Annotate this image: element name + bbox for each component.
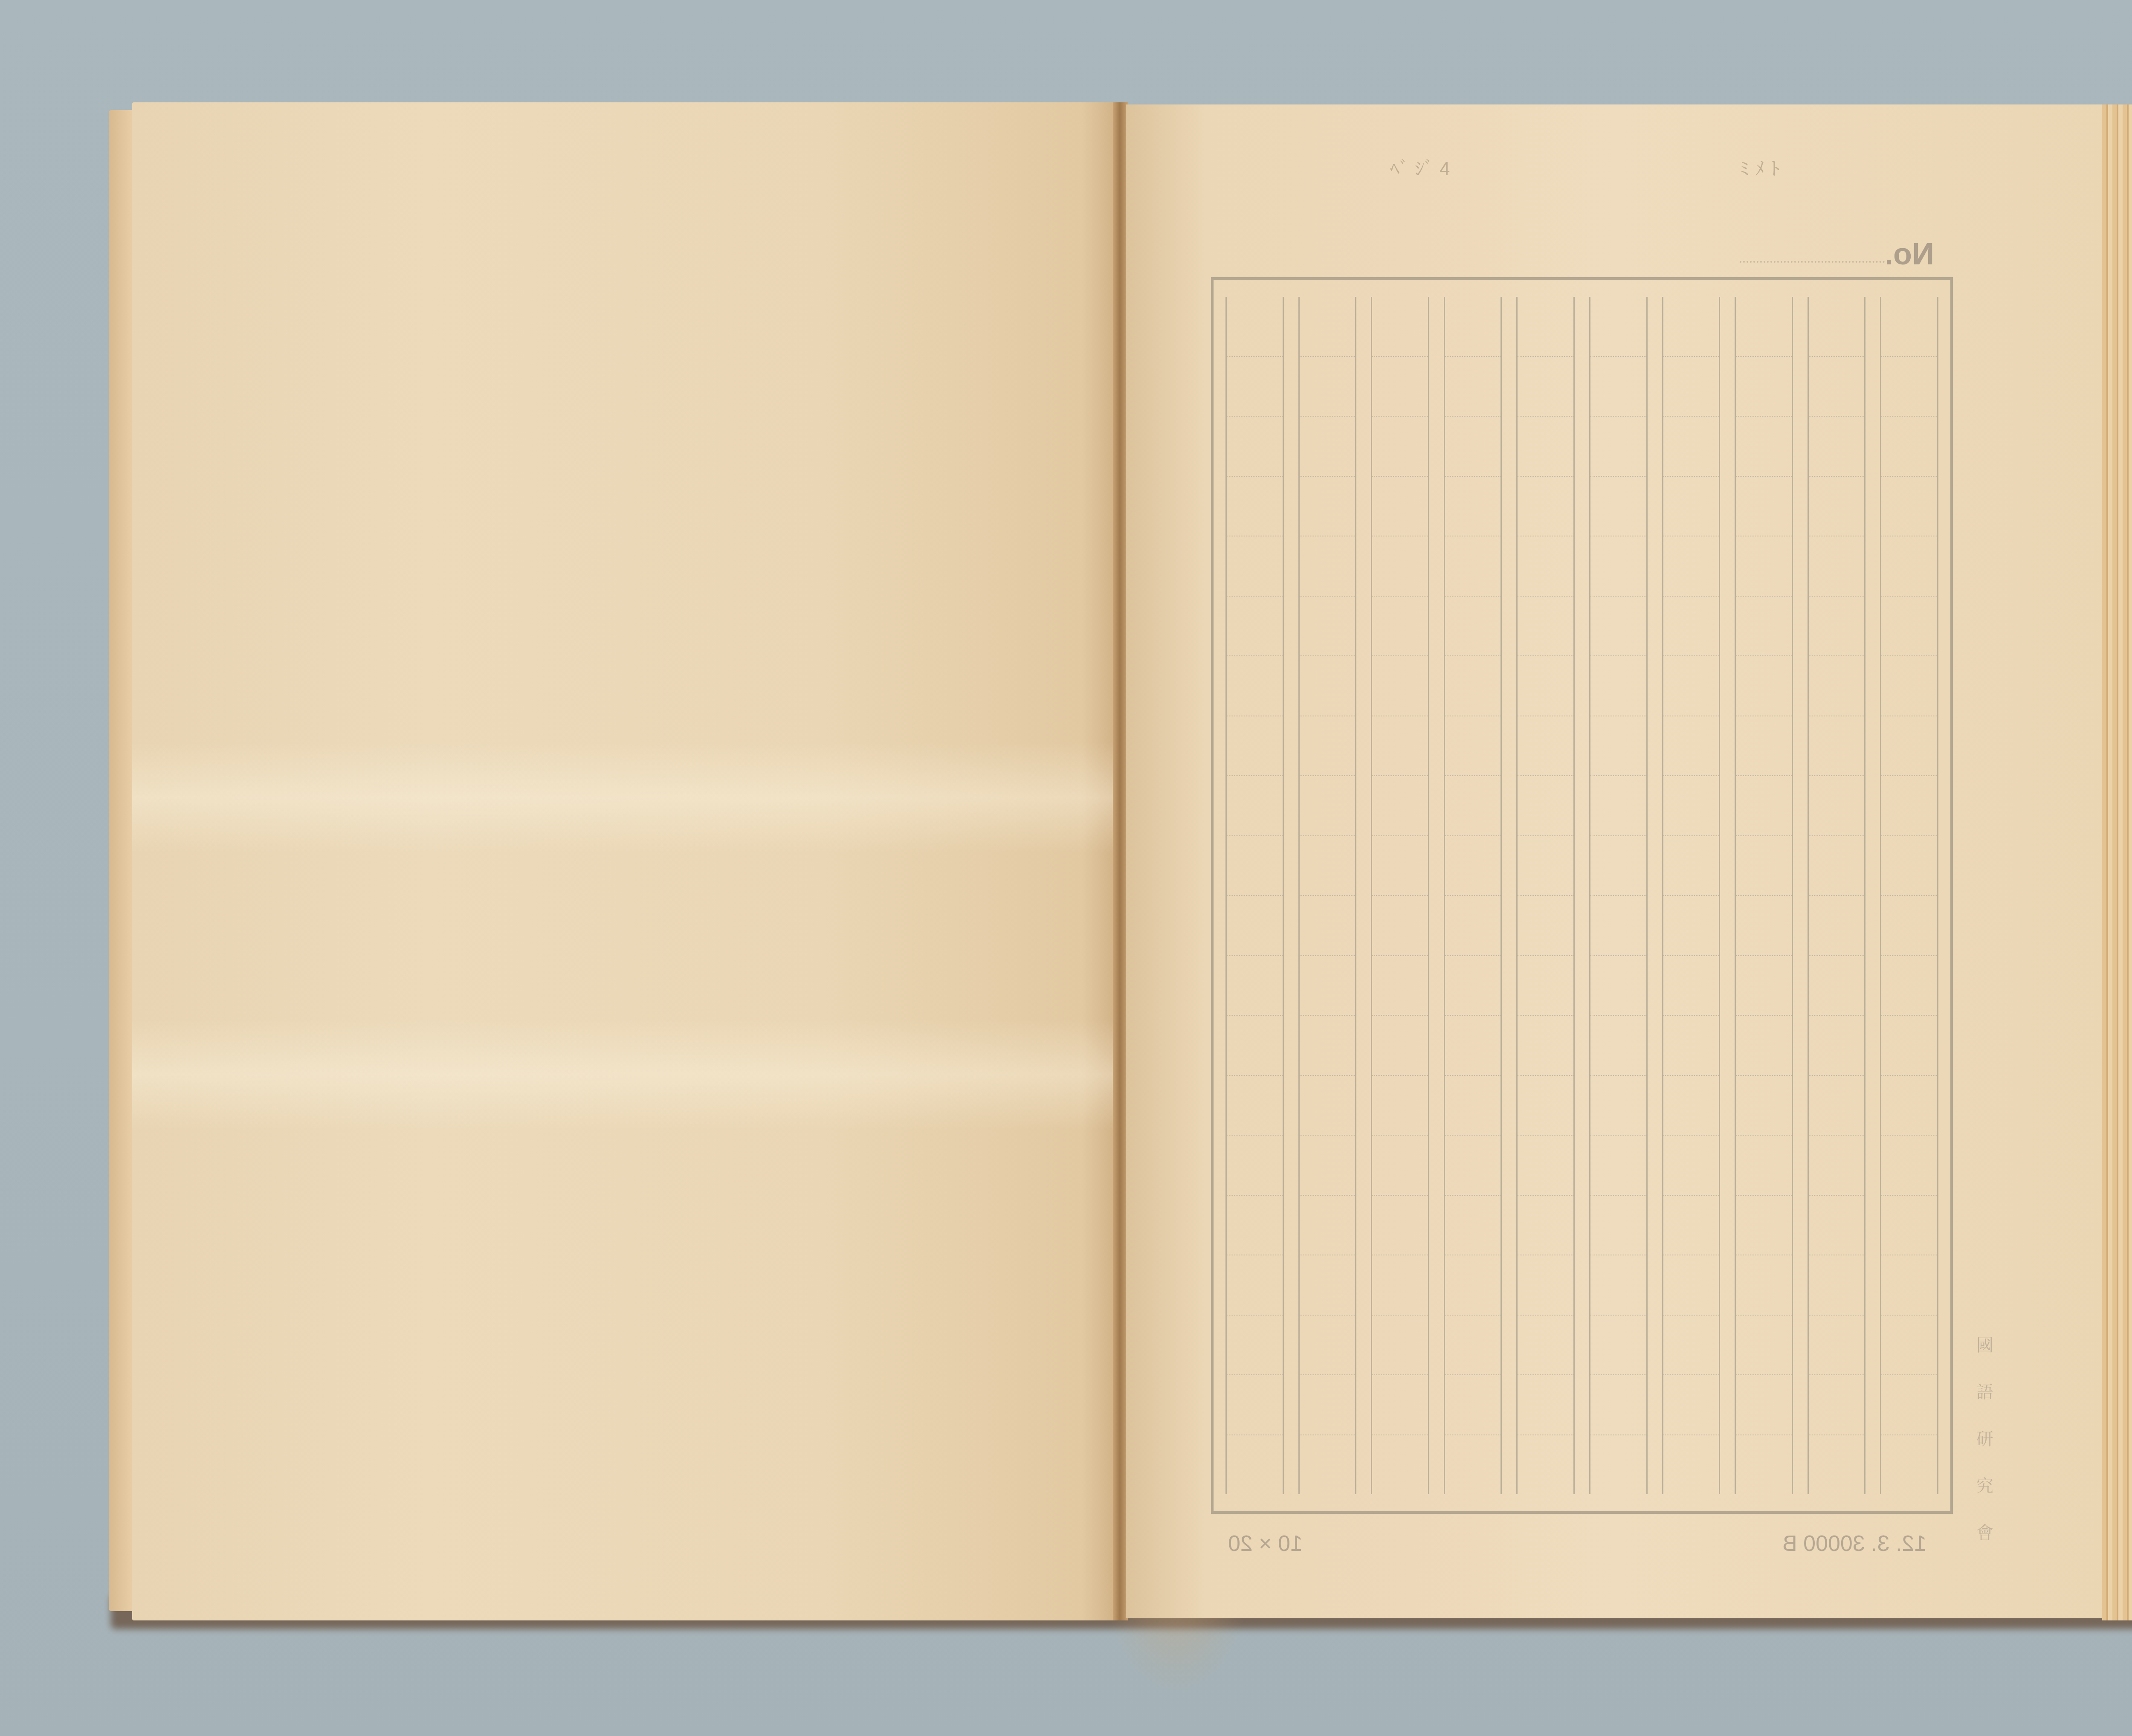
grid-cell [1300, 1016, 1356, 1076]
grid-cell [1518, 716, 1573, 777]
grid-cell [1518, 536, 1573, 597]
grid-cell [1809, 1375, 1865, 1435]
grid-column [1808, 297, 1866, 1494]
grid-cell [1736, 716, 1792, 777]
grid-cell [1809, 836, 1865, 896]
grid-cell [1518, 597, 1573, 657]
grid-cell [1736, 656, 1792, 716]
grid-cell [1663, 1435, 1719, 1495]
grid-cell [1663, 1255, 1719, 1316]
grid-cell [1809, 896, 1865, 956]
grid-cell [1663, 836, 1719, 896]
grid-cell [1518, 357, 1573, 417]
grid-cell [1518, 1316, 1573, 1376]
grid-cell [1663, 1076, 1719, 1136]
grid-column [1371, 297, 1429, 1494]
grid-cell [1227, 357, 1283, 417]
grid-cell [1881, 1255, 1937, 1316]
grid-cell [1300, 297, 1356, 357]
grid-cell [1881, 956, 1937, 1016]
grid-cell [1518, 896, 1573, 956]
side-char: 會 [1974, 1510, 1996, 1556]
grid-cell [1372, 1435, 1428, 1495]
grid-cell [1663, 1136, 1719, 1196]
grid-column [1589, 297, 1648, 1494]
grid-cell [1809, 1255, 1865, 1316]
grid-cell [1518, 1196, 1573, 1256]
grid-cell [1736, 1316, 1792, 1376]
grid-cell [1227, 1255, 1283, 1316]
grid-cell [1736, 597, 1792, 657]
grid-cell [1227, 1136, 1283, 1196]
grid-cell [1227, 1316, 1283, 1376]
grid-cell [1372, 956, 1428, 1016]
grid-cell [1445, 297, 1501, 357]
print-code-label: 12. 3. 30000 B [1782, 1531, 1926, 1556]
grid-cell [1300, 1375, 1356, 1435]
grid-cell [1881, 656, 1937, 716]
grid-cell [1590, 656, 1646, 716]
grid-cell [1227, 896, 1283, 956]
grid-cell [1300, 417, 1356, 477]
grid-cell [1590, 477, 1646, 537]
grid-cell [1736, 1435, 1792, 1495]
grid-cell [1663, 776, 1719, 836]
grid-cell [1372, 357, 1428, 417]
grid-cell [1590, 536, 1646, 597]
grid-cell [1663, 297, 1719, 357]
grid-column [1662, 297, 1721, 1494]
number-label: No. [1885, 237, 1934, 272]
grid-cell [1590, 956, 1646, 1016]
grid-cell [1227, 477, 1283, 537]
grid-cell [1663, 357, 1719, 417]
grid-cell [1809, 1136, 1865, 1196]
grid-cell [1809, 1435, 1865, 1495]
grid-cell [1809, 477, 1865, 537]
grid-cell [1445, 656, 1501, 716]
grid-cell [1881, 597, 1937, 657]
grid-cell [1590, 597, 1646, 657]
grid-cell [1663, 597, 1719, 657]
grid-cell [1300, 1136, 1356, 1196]
grid-cell [1881, 357, 1937, 417]
left-cover-edge [109, 110, 134, 1611]
grid-cell [1736, 1255, 1792, 1316]
grid-cell [1372, 417, 1428, 477]
grid-cell [1300, 836, 1356, 896]
grid-cell [1663, 1375, 1719, 1435]
grid-cell [1300, 1316, 1356, 1376]
grid-cell [1590, 297, 1646, 357]
grid-cell [1227, 297, 1283, 357]
number-field-line [1740, 261, 1885, 263]
grid-cell [1227, 1435, 1283, 1495]
grid-cell [1372, 1375, 1428, 1435]
grid-cell [1445, 1136, 1501, 1196]
grid-cell [1590, 1136, 1646, 1196]
grid-cell [1881, 896, 1937, 956]
grid-cell [1445, 776, 1501, 836]
grid-cell [1736, 477, 1792, 537]
paper-ripple [132, 1019, 1121, 1130]
grid-cell [1445, 477, 1501, 537]
grid-cell [1445, 1076, 1501, 1136]
grid-cell [1372, 597, 1428, 657]
grid-cell [1736, 1016, 1792, 1076]
left-page [132, 102, 1121, 1620]
grid-cell [1663, 1316, 1719, 1376]
grid-cell [1736, 1375, 1792, 1435]
grid-cell [1736, 1136, 1792, 1196]
grid-column [1516, 297, 1575, 1494]
grid-cell [1227, 1196, 1283, 1256]
grid-cell [1372, 1076, 1428, 1136]
grid-cell [1445, 896, 1501, 956]
side-char: 語 [1974, 1369, 1996, 1416]
grid-cell [1663, 956, 1719, 1016]
grid-cell [1372, 536, 1428, 597]
grid-cell [1590, 1076, 1646, 1136]
grid-cell [1663, 417, 1719, 477]
grid-cell [1300, 597, 1356, 657]
grid-cell [1590, 1016, 1646, 1076]
grid-cell [1809, 776, 1865, 836]
grid-cell [1809, 1016, 1865, 1076]
grid-cell [1227, 536, 1283, 597]
grid-cell [1590, 776, 1646, 836]
grid-cell [1881, 716, 1937, 777]
manuscript-grid-frame [1211, 277, 1953, 1514]
grid-cell [1809, 536, 1865, 597]
grid-column [1444, 297, 1502, 1494]
grid-cell [1881, 776, 1937, 836]
grid-cell [1736, 1076, 1792, 1136]
header-mark-right: ﾐﾒﾄ [1740, 154, 1786, 181]
grid-cell [1445, 1016, 1501, 1076]
grid-cell [1518, 1435, 1573, 1495]
side-char: 國 [1974, 1322, 1996, 1369]
grid-cell [1590, 1196, 1646, 1256]
grid-cell [1227, 716, 1283, 777]
grid-cell [1445, 536, 1501, 597]
grid-cell [1736, 896, 1792, 956]
grid-cell [1227, 956, 1283, 1016]
grid-cell [1300, 536, 1356, 597]
grid-cell [1445, 597, 1501, 657]
grid-cell [1518, 656, 1573, 716]
grid-cell [1445, 1375, 1501, 1435]
grid-cell [1227, 1016, 1283, 1076]
grid-cell [1227, 1076, 1283, 1136]
grid-cell [1300, 956, 1356, 1016]
grid-cell [1445, 716, 1501, 777]
grid-cell [1300, 357, 1356, 417]
grid-cell [1809, 297, 1865, 357]
grid-cell [1881, 1136, 1937, 1196]
grid-cell [1300, 1435, 1356, 1495]
grid-cell [1881, 1435, 1937, 1495]
grid-cell [1445, 956, 1501, 1016]
grid-size-label: 10 × 20 [1228, 1531, 1303, 1556]
grid-cell [1590, 896, 1646, 956]
grid-cell [1300, 896, 1356, 956]
grid-cell [1518, 1136, 1573, 1196]
grid-cell [1663, 477, 1719, 537]
grid-cell [1300, 1255, 1356, 1316]
grid-cell [1809, 1196, 1865, 1256]
grid-cell [1227, 656, 1283, 716]
grid-cell [1445, 1435, 1501, 1495]
grid-cell [1590, 1255, 1646, 1316]
grid-cell [1445, 836, 1501, 896]
grid-column [1225, 297, 1284, 1494]
grid-cell [1881, 1196, 1937, 1256]
grid-cell [1736, 357, 1792, 417]
grid-cell [1736, 536, 1792, 597]
grid-cell [1663, 536, 1719, 597]
grid-cell [1736, 776, 1792, 836]
grid-cell [1372, 1016, 1428, 1076]
grid-cell [1445, 1255, 1501, 1316]
paper-ripple [132, 742, 1121, 853]
grid-cell [1445, 357, 1501, 417]
grid-cell [1445, 417, 1501, 477]
grid-column [1298, 297, 1357, 1494]
side-char: 研 [1974, 1416, 1996, 1463]
grid-cell [1300, 1076, 1356, 1136]
grid-cell [1590, 357, 1646, 417]
grid-cell [1881, 1316, 1937, 1376]
grid-cell [1300, 776, 1356, 836]
grid-cell [1590, 417, 1646, 477]
grid-cell [1590, 836, 1646, 896]
grid-cell [1809, 1076, 1865, 1136]
grid-cell [1809, 716, 1865, 777]
grid-column [1735, 297, 1793, 1494]
grid-cell [1881, 417, 1937, 477]
grid-cell [1663, 656, 1719, 716]
grid-cell [1300, 1196, 1356, 1256]
grid-cell [1227, 776, 1283, 836]
grid-cell [1372, 1255, 1428, 1316]
grid-cell [1518, 776, 1573, 836]
grid-column [1880, 297, 1938, 1494]
grid-cell [1518, 477, 1573, 537]
grid-cell [1227, 417, 1283, 477]
grid-cell [1372, 776, 1428, 836]
page-edge-stack [2102, 104, 2132, 1620]
side-char: 究 [1974, 1463, 1996, 1510]
grid-cell [1518, 417, 1573, 477]
grid-cell [1518, 836, 1573, 896]
grid-cell [1881, 1016, 1937, 1076]
grid-cell [1663, 1016, 1719, 1076]
grid-cell [1809, 956, 1865, 1016]
grid-cell [1372, 896, 1428, 956]
grid-cell [1518, 956, 1573, 1016]
grid-cell [1227, 1375, 1283, 1435]
grid-cell [1518, 297, 1573, 357]
grid-cell [1300, 477, 1356, 537]
grid-cell [1372, 836, 1428, 896]
grid-cell [1881, 1375, 1937, 1435]
grid-cell [1372, 477, 1428, 537]
grid-cell [1736, 417, 1792, 477]
manuscript-grid [1225, 297, 1938, 1494]
grid-cell [1372, 1196, 1428, 1256]
grid-cell [1663, 896, 1719, 956]
grid-cell [1881, 536, 1937, 597]
grid-cell [1372, 656, 1428, 716]
grid-cell [1445, 1316, 1501, 1376]
grid-cell [1445, 1196, 1501, 1256]
grid-cell [1809, 597, 1865, 657]
grid-cell [1590, 1316, 1646, 1376]
grid-cell [1736, 956, 1792, 1016]
grid-cell [1227, 836, 1283, 896]
grid-cell [1590, 1435, 1646, 1495]
publisher-side-label: 國 語 研 究 會 [1974, 1322, 1996, 1556]
grid-cell [1372, 1136, 1428, 1196]
grid-cell [1663, 716, 1719, 777]
grid-cell [1518, 1076, 1573, 1136]
grid-cell [1809, 357, 1865, 417]
grid-cell [1518, 1375, 1573, 1435]
header-mark-left: ﾍﾞｼﾞ4 [1390, 154, 1456, 181]
grid-cell [1518, 1016, 1573, 1076]
grid-cell [1881, 297, 1937, 357]
grid-cell [1590, 1375, 1646, 1435]
grid-cell [1518, 1255, 1573, 1316]
grid-cell [1300, 656, 1356, 716]
grid-cell [1590, 716, 1646, 777]
grid-cell [1300, 716, 1356, 777]
grid-cell [1227, 597, 1283, 657]
grid-cell [1881, 477, 1937, 537]
grid-cell [1881, 1076, 1937, 1136]
grid-cell [1372, 1316, 1428, 1376]
grid-cell [1809, 1316, 1865, 1376]
grid-cell [1881, 836, 1937, 896]
grid-cell [1372, 297, 1428, 357]
grid-cell [1736, 836, 1792, 896]
grid-cell [1809, 417, 1865, 477]
grid-cell [1809, 656, 1865, 716]
grid-cell [1372, 716, 1428, 777]
grid-cell [1736, 297, 1792, 357]
grid-cell [1663, 1196, 1719, 1256]
grid-cell [1736, 1196, 1792, 1256]
